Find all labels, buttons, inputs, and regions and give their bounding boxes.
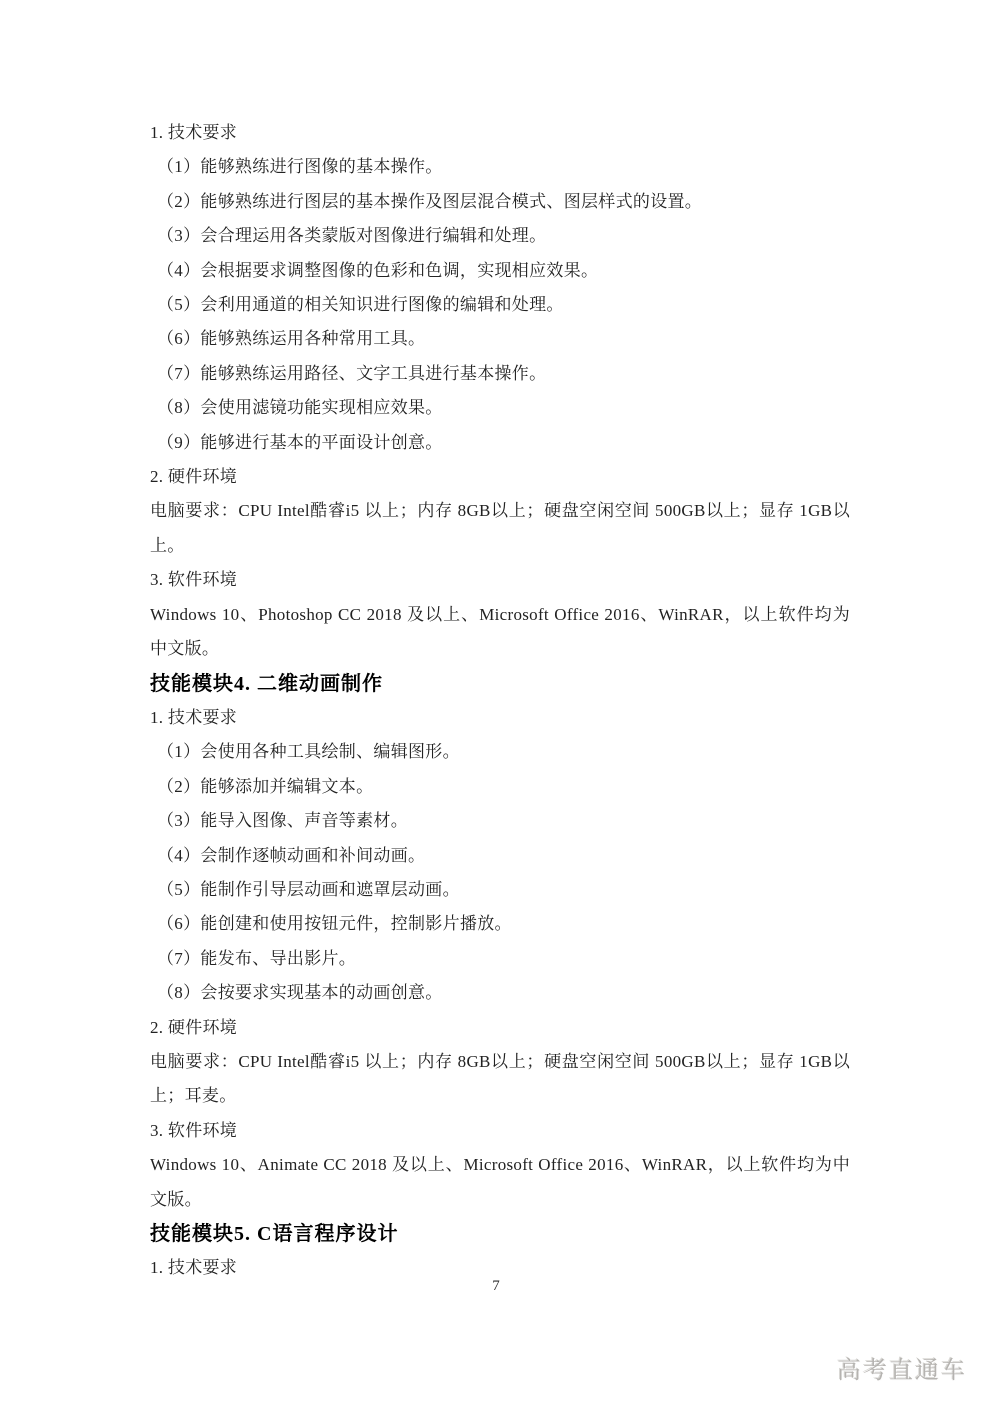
paragraph: 电脑要求：CPU Intel酷睿i5 以上；内存 8GB以上；硬盘空闲空间 50… <box>150 494 850 563</box>
list-item: （7）能发布、导出影片。 <box>150 942 850 976</box>
list-item: （2）能够熟练进行图层的基本操作及图层混合模式、图层样式的设置。 <box>150 185 850 219</box>
numbered-item: 1. 技术要求 <box>150 701 850 735</box>
numbered-item: 2. 硬件环境 <box>150 1011 850 1045</box>
list-item: （8）会按要求实现基本的动画创意。 <box>150 976 850 1010</box>
watermark: 高考直通车 <box>837 1350 967 1385</box>
document-body: 1. 技术要求（1）能够熟练进行图像的基本操作。（2）能够熟练进行图层的基本操作… <box>150 116 850 1286</box>
list-item: （6）能创建和使用按钮元件，控制影片播放。 <box>150 907 850 941</box>
list-item: （1）能够熟练进行图像的基本操作。 <box>150 150 850 184</box>
list-item: （5）能制作引导层动画和遮罩层动画。 <box>150 873 850 907</box>
list-item: （3）能导入图像、声音等素材。 <box>150 804 850 838</box>
list-item: （6）能够熟练运用各种常用工具。 <box>150 322 850 356</box>
numbered-item: 1. 技术要求 <box>150 116 850 150</box>
section-heading: 技能模块5. C语言程序设计 <box>150 1217 850 1251</box>
paragraph: Windows 10、Photoshop CC 2018 及以上、Microso… <box>150 598 850 667</box>
list-item: （2）能够添加并编辑文本。 <box>150 770 850 804</box>
paragraph: Windows 10、Animate CC 2018 及以上、Microsoft… <box>150 1148 850 1217</box>
paragraph: 电脑要求：CPU Intel酷睿i5 以上；内存 8GB以上；硬盘空闲空间 50… <box>150 1045 850 1114</box>
list-item: （4）会制作逐帧动画和补间动画。 <box>150 839 850 873</box>
page-number: 7 <box>0 1278 992 1295</box>
list-item: （4）会根据要求调整图像的色彩和色调，实现相应效果。 <box>150 254 850 288</box>
numbered-item: 3. 软件环境 <box>150 1114 850 1148</box>
list-item: （5）会利用通道的相关知识进行图像的编辑和处理。 <box>150 288 850 322</box>
numbered-item: 3. 软件环境 <box>150 563 850 597</box>
list-item: （3）会合理运用各类蒙版对图像进行编辑和处理。 <box>150 219 850 253</box>
list-item: （1）会使用各种工具绘制、编辑图形。 <box>150 735 850 769</box>
list-item: （7）能够熟练运用路径、文字工具进行基本操作。 <box>150 357 850 391</box>
list-item: （8）会使用滤镜功能实现相应效果。 <box>150 391 850 425</box>
numbered-item: 2. 硬件环境 <box>150 460 850 494</box>
list-item: （9）能够进行基本的平面设计创意。 <box>150 426 850 460</box>
section-heading: 技能模块4. 二维动画制作 <box>150 667 850 701</box>
document-page: 1. 技术要求（1）能够熟练进行图像的基本操作。（2）能够熟练进行图层的基本操作… <box>0 0 992 1403</box>
